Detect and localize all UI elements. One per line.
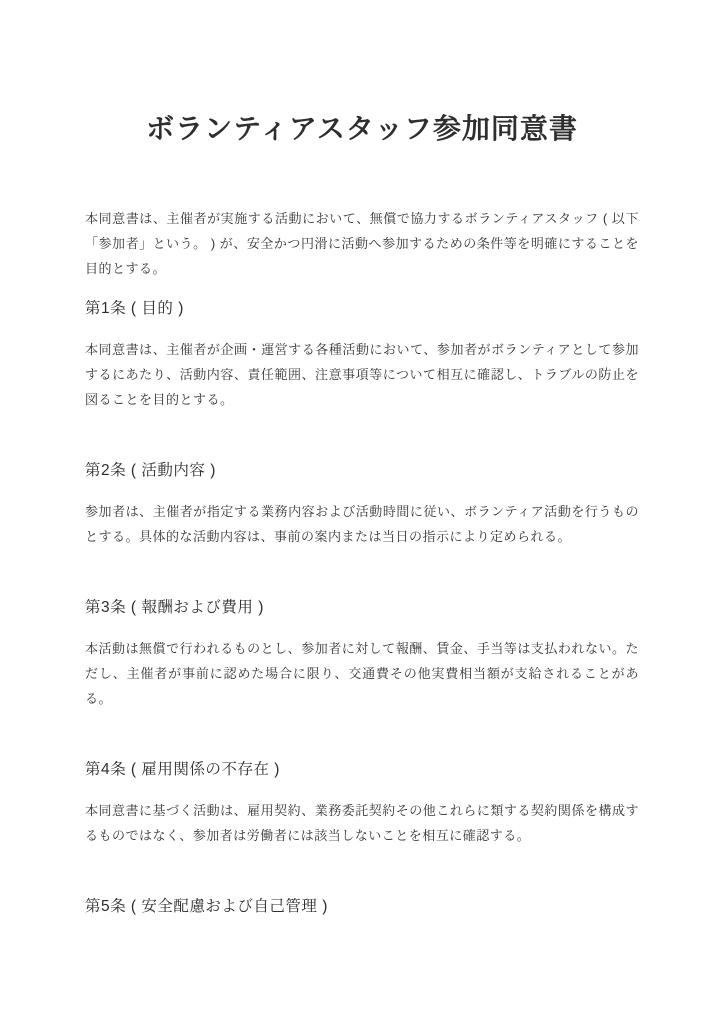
document-intro-paragraph: 本同意書は、主催者が実施する活動において、無償で協力するボランティアスタッフ (… bbox=[85, 206, 639, 281]
section-article-3: 第3条 ( 報酬および費用 ) 本活動は無償で行われるものとし、参加者に対して報… bbox=[85, 595, 639, 711]
section-heading-article-3: 第3条 ( 報酬および費用 ) bbox=[85, 595, 639, 620]
section-heading-article-1: 第1条 ( 目的 ) bbox=[85, 296, 639, 321]
section-body-article-1: 本同意書は、主催者が企画・運営する各種活動において、参加者がボランティアとして参… bbox=[85, 337, 639, 412]
section-article-1: 第1条 ( 目的 ) 本同意書は、主催者が企画・運営する各種活動において、参加者… bbox=[85, 296, 639, 412]
section-heading-article-2: 第2条 ( 活動内容 ) bbox=[85, 458, 639, 483]
section-heading-article-4: 第4条 ( 雇用関係の不存在 ) bbox=[85, 757, 639, 782]
section-article-4: 第4条 ( 雇用関係の不存在 ) 本同意書に基づく活動は、雇用契約、業務委託契約… bbox=[85, 757, 639, 848]
document-title: ボランティアスタッフ参加同意書 bbox=[85, 112, 639, 146]
document-page: ボランティアスタッフ参加同意書 本同意書は、主催者が実施する活動において、無償で… bbox=[0, 0, 724, 1024]
section-body-article-3: 本活動は無償で行われるものとし、参加者に対して報酬、賃金、手当等は支払われない。… bbox=[85, 636, 639, 711]
section-article-5: 第5条 ( 安全配慮および自己管理 ) bbox=[85, 894, 639, 919]
section-body-article-2: 参加者は、主催者が指定する業務内容および活動時間に従い、ボランティア活動を行うも… bbox=[85, 499, 639, 549]
section-heading-article-5: 第5条 ( 安全配慮および自己管理 ) bbox=[85, 894, 639, 919]
section-article-2: 第2条 ( 活動内容 ) 参加者は、主催者が指定する業務内容および活動時間に従い… bbox=[85, 458, 639, 549]
section-body-article-4: 本同意書に基づく活動は、雇用契約、業務委託契約その他これらに類する契約関係を構成… bbox=[85, 798, 639, 848]
